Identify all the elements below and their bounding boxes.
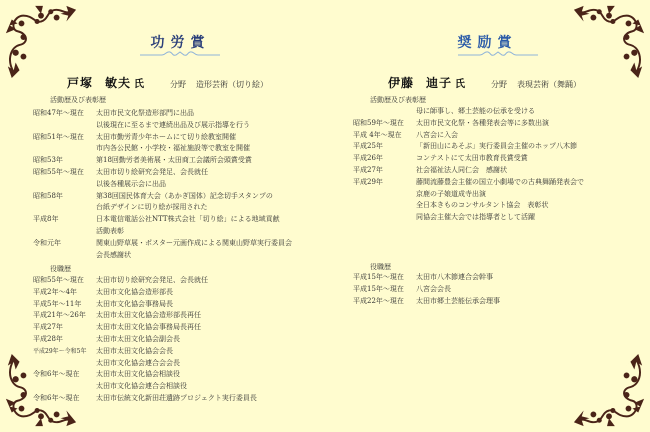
roles-list: 昭和55年～現在太田市切り絵研究会発足、会長就任 平成2年～4年太田市文化協会造… <box>33 275 257 405</box>
list-item: 平成5年～11年太田市文化協会事務局長 <box>33 299 257 311</box>
field-value: 造形芸術（切り絵） <box>196 79 268 90</box>
activity-list: 母に師事し、郷土芸能の伝承を受ける 昭和59年～現在太田市民文化祭・各種発表会等… <box>353 106 584 224</box>
roles-heading: 役職歴 <box>50 264 71 274</box>
list-item: 以後各種展示会に出品 <box>33 179 292 191</box>
list-item: 平成15年～現在太田市八木節連合会幹事 <box>353 272 500 284</box>
list-item: 同協会主催大会では指導者として活躍 <box>353 212 584 224</box>
honorific: 氏 <box>455 75 465 90</box>
recipient-row: 戸塚敏夫 氏 分野 造形芸術（切り絵） <box>67 74 268 91</box>
list-item: 平成29年藤間流藤豊会主催の国立小劇場での古典舞踊発表会で <box>353 177 584 189</box>
scroll-flourish-icon <box>140 50 220 58</box>
field-value: 表現芸術（舞踊） <box>517 79 581 90</box>
list-item: 平成25年「新田山にあそぶ」実行委員会主催のホップ八木節 <box>353 141 584 153</box>
list-item: 全日本きものコンサルタント協会 表彰状 <box>353 200 584 212</box>
list-item: 平成26年コンテストにて太田市教育長賞受賞 <box>353 153 584 165</box>
list-item: 平成 4年～現在八宮会に入会 <box>353 130 584 142</box>
list-item: 平成28年太田市太田文化協会副会長 <box>33 334 257 346</box>
merit-award-section: 功労賞 戸塚敏夫 氏 分野 造形芸術（切り絵） 活動歴及び表彰歴 昭和47年～現… <box>0 0 325 432</box>
roles-list: 平成15年～現在太田市八木節連合会幹事 平成15年～現在八宮会会長 平成22年～… <box>353 272 500 307</box>
recipient-name: 戸塚敏夫 <box>67 74 131 91</box>
list-item: 昭和47年～現在太田市民文化祭造形部門に出品 <box>33 108 292 120</box>
list-item: 平成27年社会福祉法人同仁会 感謝状 <box>353 165 584 177</box>
list-item: 活動表彰 <box>33 226 292 238</box>
list-item: 平成22年～現在太田市郷土芸能伝承会理事 <box>353 296 500 308</box>
list-item: 平成15年～現在八宮会会長 <box>353 284 500 296</box>
list-item: 昭和59年～現在太田市民文化祭・各種発表会等に多数出演 <box>353 118 584 130</box>
list-item: 太田市文化協会連合会相談役 <box>33 381 257 393</box>
list-item: 以後現在に至るまで連続出品及び展示指導を行う <box>33 120 292 132</box>
field-label: 分野 <box>491 79 507 90</box>
list-item: 平成8年日本電信電話公社NTT株式会社「切り絵」による地域貢献 <box>33 214 292 226</box>
list-item: 令和元年関東山野草展・ポスター元画作成による関東山野草実行委員会 <box>33 238 292 250</box>
award-title: 功労賞 <box>18 32 343 52</box>
award-title: 奨励賞 <box>325 32 650 52</box>
list-item: 令和6年～現在太田市太田文化協会相談役 <box>33 369 257 381</box>
list-item: 平成2年～4年太田市文化協会造形部長 <box>33 287 257 299</box>
activity-heading: 活動歴及び表彰歴 <box>50 95 106 105</box>
encouragement-award-section: 奨励賞 伊藤迪子 氏 分野 表現芸術（舞踊） 活動歴及び表彰歴 母に師事し、郷土… <box>325 0 650 432</box>
activity-heading: 活動歴及び表彰歴 <box>370 95 426 105</box>
list-item: 昭和58年第38回国民体育大会（あかぎ国体）記念切手スタンプの <box>33 191 292 203</box>
list-item: 平成21年～26年太田市太田文化協会造形部長再任 <box>33 310 257 322</box>
list-item: 平成27年太田市太田文化協会事務局長再任 <box>33 322 257 334</box>
list-item: 昭和55年～現在太田市切り絵研究会発足、会長就任 <box>33 275 257 287</box>
roles-heading: 役職歴 <box>370 262 391 272</box>
recipient-name: 伊藤迪子 <box>388 74 452 91</box>
list-item: 昭和53年第18回勤労者美術展・太田商工会議所会頭賞受賞 <box>33 155 292 167</box>
honorific: 氏 <box>134 75 144 90</box>
award-page: 功労賞 戸塚敏夫 氏 分野 造形芸術（切り絵） 活動歴及び表彰歴 昭和47年～現… <box>0 0 650 432</box>
list-item: 台紙デザインに切り絵が採用された <box>33 202 292 214</box>
list-item: 京鹿の子娘道成寺出演 <box>353 189 584 201</box>
activity-list: 昭和47年～現在太田市民文化祭造形部門に出品 以後現在に至るまで連続出品及び展示… <box>33 108 292 261</box>
list-item: 太田市文化協会連合会会長 <box>33 358 257 370</box>
list-item: 昭和55年～現在太田市切り絵研究会発足、会長就任 <box>33 167 292 179</box>
scroll-flourish-icon <box>458 50 538 58</box>
list-item: 昭和51年～現在太田市勤労青少年ホームにて切り絵教室開催 <box>33 132 292 144</box>
field-label: 分野 <box>170 79 186 90</box>
list-item: 母に師事し、郷土芸能の伝承を受ける <box>353 106 584 118</box>
recipient-row: 伊藤迪子 氏 分野 表現芸術（舞踊） <box>388 74 581 91</box>
list-item: 会長感謝状 <box>33 250 292 262</box>
list-item: 令和6年～現在太田市伝統文化新田荘遺跡プロジェクト実行委員長 <box>33 393 257 405</box>
list-item: 平成29年～令和5年太田市太田文化協会会長 <box>33 346 257 358</box>
list-item: 市内各公民館・小学校・福祉施設等で教室を開催 <box>33 143 292 155</box>
